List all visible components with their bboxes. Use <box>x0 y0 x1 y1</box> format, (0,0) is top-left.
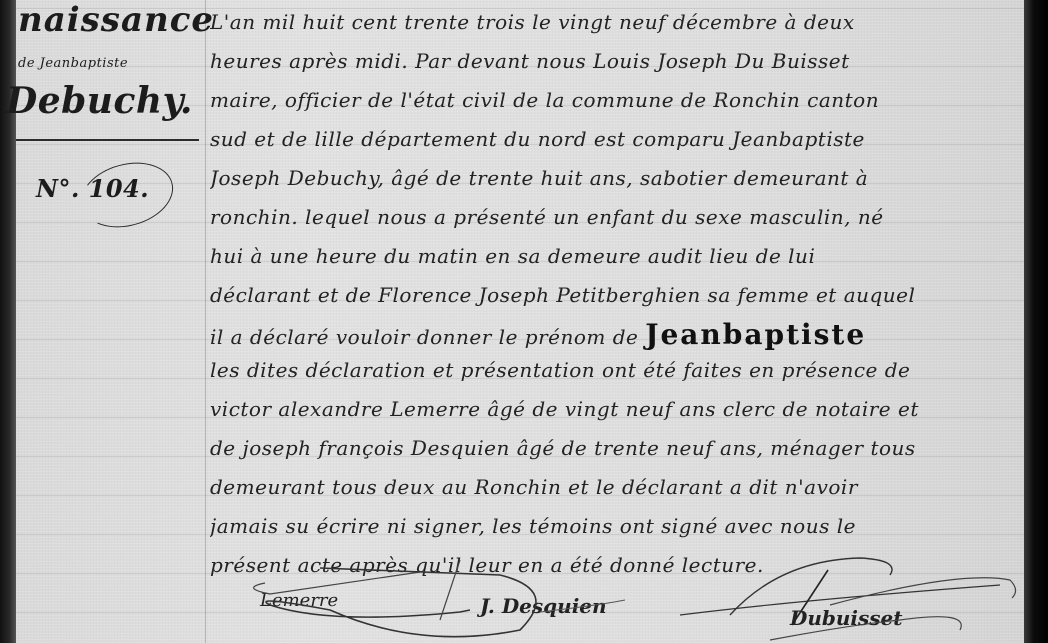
signature-flourishes <box>0 0 1048 643</box>
